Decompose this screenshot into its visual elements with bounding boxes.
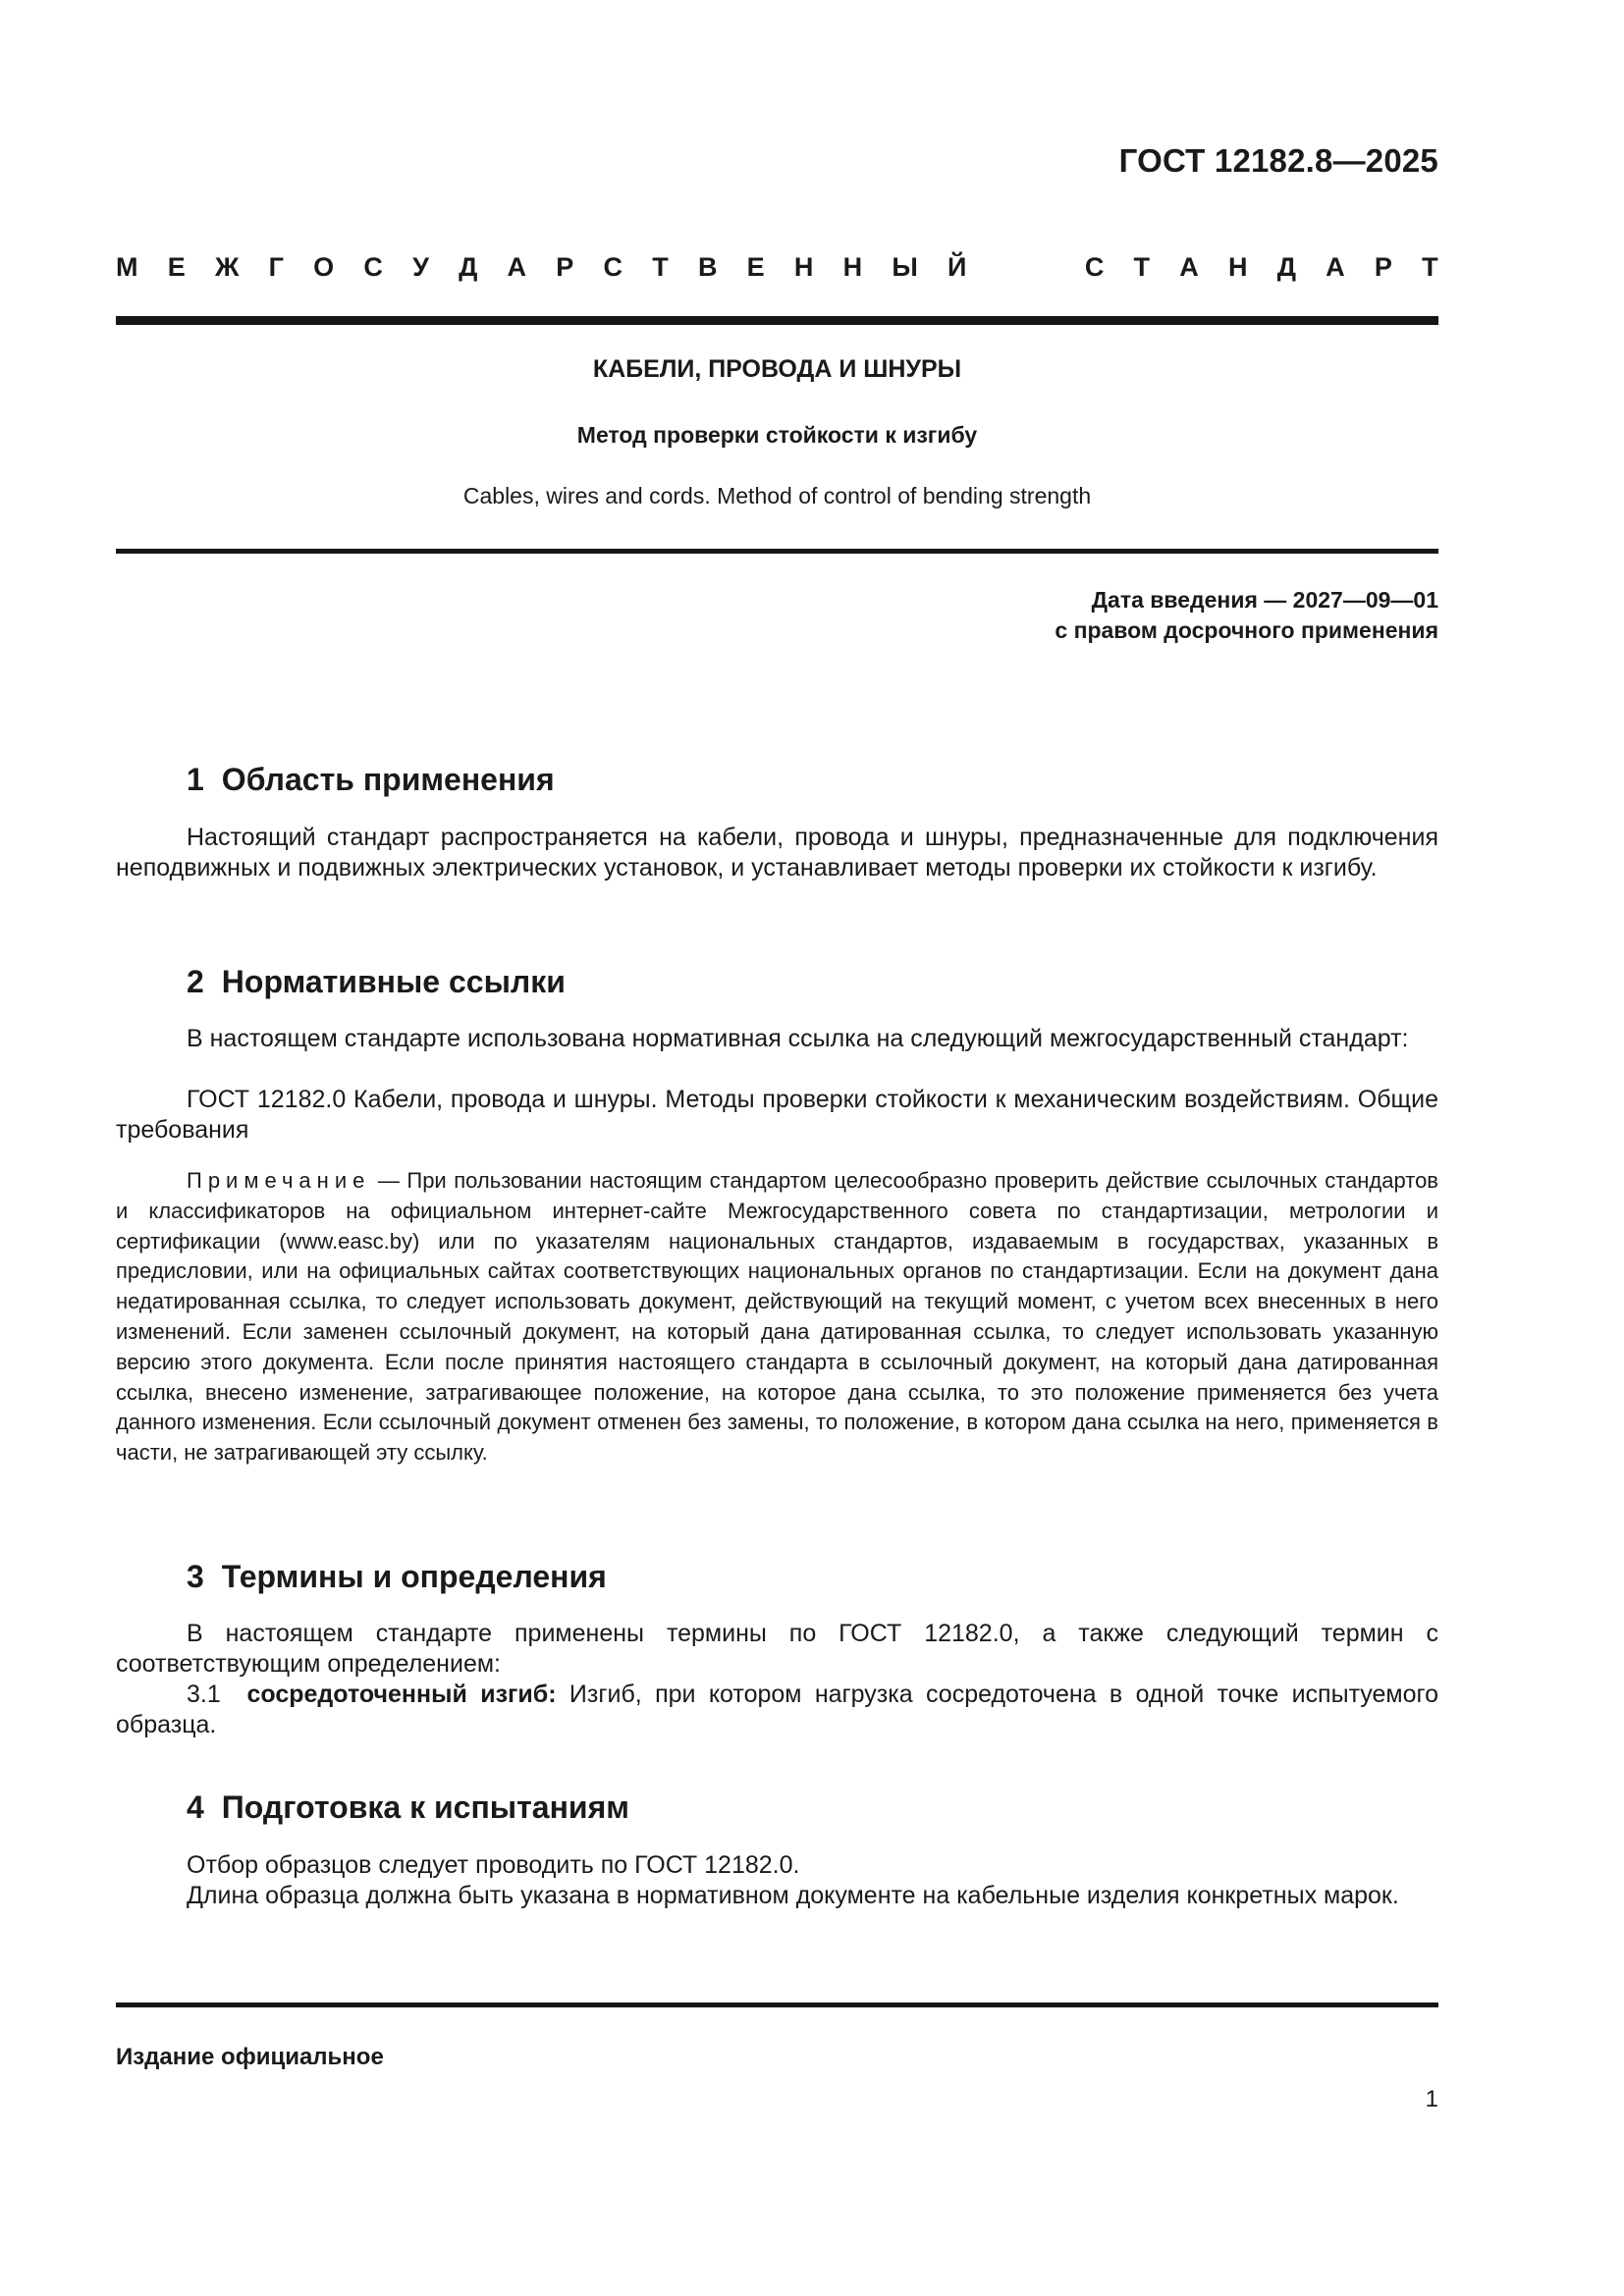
section-title: Термины и определения [222, 1559, 607, 1594]
effective-date: Дата введения — 2027—09—01 [1055, 585, 1438, 615]
interstate-standard-label: МЕЖГОСУДАРСТВЕННЫЙСТАНДАРТ [116, 252, 1438, 283]
section-3-heading: 3Термины и определения [187, 1559, 607, 1595]
spaced-letter: В [698, 252, 718, 283]
section-title: Подготовка к испытаниям [222, 1789, 629, 1825]
spaced-letter: С [1085, 252, 1105, 283]
spaced-letter: Н [794, 252, 814, 283]
section-number: 1 [187, 762, 204, 797]
spaced-letter: А [508, 252, 527, 283]
document-title: КАБЕЛИ, ПРОВОДА И ШНУРЫ [116, 355, 1438, 384]
english-title: Cables, wires and cords. Method of contr… [116, 483, 1438, 509]
spaced-letter: Й [947, 252, 966, 283]
effective-date-block: Дата введения — 2027—09—01 с правом доср… [1055, 585, 1438, 646]
spaced-letter: А [1326, 252, 1345, 283]
section-number: 3 [187, 1559, 204, 1594]
section-4-paragraph-1: Отбор образцов следует проводить по ГОСТ… [116, 1850, 1438, 1881]
spaced-letter: Е [168, 252, 186, 283]
document-subtitle: Метод проверки стойкости к изгибу [116, 422, 1438, 449]
spaced-letter: Р [556, 252, 573, 283]
word-gap [997, 252, 1056, 283]
section-number: 4 [187, 1789, 204, 1825]
spaced-letter: Г [269, 252, 284, 283]
spaced-letter: Н [1228, 252, 1248, 283]
spaced-letter: Т [652, 252, 669, 283]
official-edition-label: Издание официальное [116, 2044, 384, 2071]
early-application-note: с правом досрочного применения [1055, 615, 1438, 646]
spaced-letter: Т [1134, 252, 1151, 283]
section-1-paragraph: Настоящий стандарт распространяется на к… [116, 823, 1438, 883]
spaced-letter: Е [747, 252, 765, 283]
normative-reference: ГОСТ 12182.0 Кабели, провода и шнуры. Ме… [116, 1085, 1438, 1146]
spaced-letter: Ж [215, 252, 239, 283]
term-definition: 3.1 сосредоточенный изгиб: Изгиб, при ко… [116, 1680, 1438, 1740]
term-name: сосредоточенный изгиб: [247, 1681, 557, 1708]
title-rule [116, 549, 1438, 554]
spaced-letter: А [1179, 252, 1199, 283]
spaced-letter: С [363, 252, 383, 283]
spaced-letter: Д [459, 252, 477, 283]
spaced-letter: Т [1422, 252, 1438, 283]
section-title: Нормативные ссылки [222, 964, 566, 999]
section-number: 2 [187, 964, 204, 999]
spaced-letter: Н [843, 252, 863, 283]
section-1-heading: 1Область применения [187, 762, 555, 798]
note-text: — При пользовании настоящим стандартом ц… [116, 1168, 1438, 1465]
spaced-letter: С [604, 252, 623, 283]
term-number: 3.1 [187, 1681, 221, 1708]
spaced-letter: У [412, 252, 429, 283]
header-rule [116, 316, 1438, 325]
spaced-letter: Р [1375, 252, 1392, 283]
note-label: Примечание [187, 1168, 370, 1193]
spaced-letter: Д [1277, 252, 1296, 283]
section-3-paragraph: В настоящем стандарте применены термины … [116, 1619, 1438, 1680]
spaced-letter: О [313, 252, 334, 283]
page-number: 1 [1426, 2086, 1438, 2113]
spaced-letter: Ы [892, 252, 917, 283]
section-4-paragraph-2: Длина образца должна быть указана в норм… [116, 1881, 1438, 1911]
section-title: Область применения [222, 762, 555, 797]
spaced-letter: М [116, 252, 138, 283]
footer-rule [116, 2002, 1438, 2007]
section-2-heading: 2Нормативные ссылки [187, 964, 566, 1000]
section-2-paragraph: В настоящем стандарте использована норма… [116, 1024, 1438, 1054]
document-code: ГОСТ 12182.8—2025 [1119, 142, 1438, 180]
section-4-heading: 4Подготовка к испытаниям [187, 1789, 629, 1826]
note-block: Примечание — При пользовании настоящим с… [116, 1166, 1438, 1468]
